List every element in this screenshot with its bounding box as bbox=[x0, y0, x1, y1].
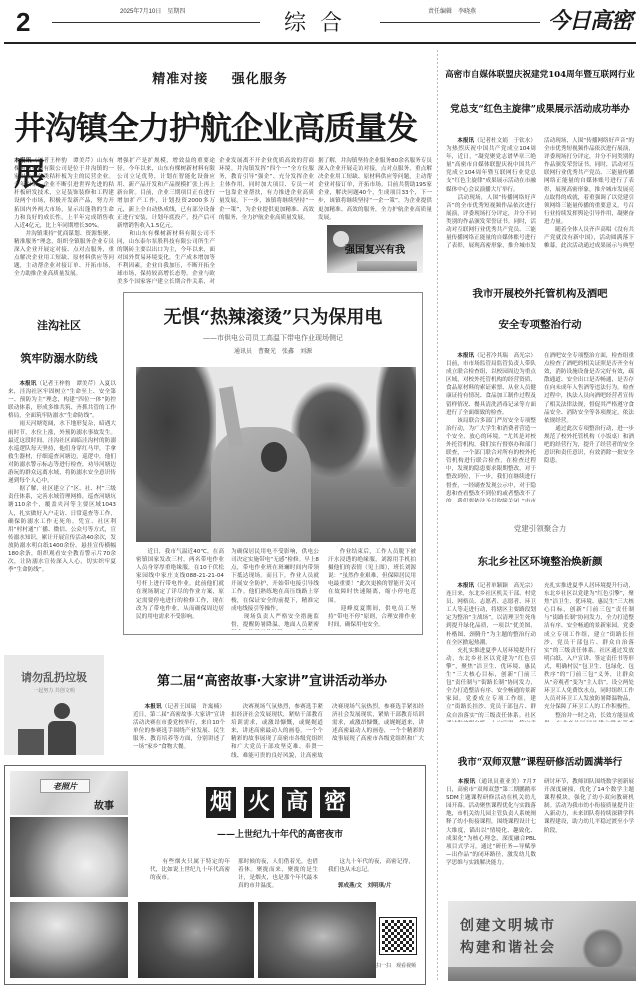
paragraph: 连日来，东北乡社区机关干部、村党员、网格员、志愿者、志愿者、环卫工人等走进行动，… bbox=[446, 591, 536, 646]
nightlife-subtitle: ——上世纪九十年代的高密夜市 bbox=[140, 827, 420, 840]
title-char: 烟 bbox=[206, 787, 236, 818]
person-body-icon bbox=[48, 721, 76, 755]
feature-col-1: 近日，我市气温近40℃，在高密镇国家发改三村，两名带电作业人员身穿厚重绝缘服，在… bbox=[136, 548, 224, 630]
vendor-cooking-photo bbox=[10, 817, 128, 897]
media-alliance-col-1: 本报讯（记者杜文娟 于钦水）为热烈庆祝中国共产党成立104周年，近日，“凝党聚党… bbox=[446, 137, 536, 250]
byline-prefix: 本报讯 bbox=[458, 779, 476, 785]
lead-article-col-1: 本报讯（记者王梓豹 谭美芹）山东有棵树新材料有限公司是位于井沟镇的一家以生产各类… bbox=[14, 157, 114, 287]
byline-prefix: 本报讯 bbox=[457, 138, 474, 144]
byline-prefix: 本报讯 bbox=[19, 381, 36, 387]
tree-left bbox=[136, 367, 216, 507]
paragraph: 有些烟火只属于特定的年代，比如说上世纪九十年代高密的夜市。 bbox=[150, 859, 230, 881]
column-divider bbox=[437, 50, 438, 980]
paragraph: 研讨环节，教师团队围绕数学创新展开深度碰撞，优化了14个数学主题课程模块，强化了… bbox=[544, 779, 634, 834]
paragraph: 那时候的夜，人们借着光，也借着休。聚拢而来，聚拢的是生计，是烟火，也是那个年代最… bbox=[238, 859, 318, 889]
night-market-crowd-photo bbox=[258, 902, 376, 978]
lead-article-col-2: 增强扩产是扩规模，增效益的重要途径。今年以来，山东有棵树新材料有限公司立足优势，… bbox=[117, 157, 215, 287]
photo-credits: 郭成燕/文 刘明琪/片 bbox=[338, 881, 392, 889]
building-silhouette bbox=[357, 261, 417, 271]
story-headline[interactable]: 第二届“高密故事·大家讲”宣讲活动举办 bbox=[112, 670, 432, 689]
teacher-training-col-1: 本报讯（通讯员董亚美）7月7日，高密市“双师双慧”第二期鹏鹅率SDM主题课程研修… bbox=[446, 778, 536, 883]
section-title: 综合 bbox=[284, 6, 356, 37]
fire-title: 烟 火 高 密 bbox=[203, 787, 353, 820]
paper-logo: 今日高密 bbox=[548, 4, 632, 35]
trash-bin-icon bbox=[18, 729, 44, 755]
paragraph: 在酒吧安全专项整治方面，检查组重点检查了酒吧的相关证照是否齐全有效，消防设施设备… bbox=[544, 353, 634, 424]
paragraph: 迎峰度夏期间，供电员工坚持“带电不停”原则，合理安排作业时间，确保用电安全。 bbox=[328, 606, 416, 628]
lead-article-col-4: 据了解，井沟镇坚持企业服务80余名服务专员深入企业开展走访对接，点对点服务，重点… bbox=[318, 157, 432, 223]
column-label: 老照片 bbox=[40, 779, 90, 793]
byline: （记者冷其瑞 高光宗） bbox=[474, 353, 536, 359]
teacher-training-col-2: 研讨环节，教师团队围绕数学创新展开深度碰撞，优化了14个数学主题课程模块，强化了… bbox=[544, 778, 634, 858]
lead-kicker: 精准对接 强化服务 bbox=[0, 68, 440, 87]
person-head-icon bbox=[54, 703, 70, 719]
safety-campaign-col-2: 在酒吧安全专项整治方面，检查组重点检查了酒吧的相关证照是否齐全有效，消防设施设备… bbox=[544, 352, 634, 472]
flood-article-title-line2[interactable]: 筑牢防溺水防线 bbox=[0, 350, 118, 366]
editor-credit: 责任编辑 李晓燕 bbox=[428, 6, 476, 15]
media-alliance-headline-line2[interactable]: 党总支“红色主旋律”成果展示活动成功举办 bbox=[440, 101, 640, 115]
paragraph: 据了解，井沟镇坚持企业服务80余名服务专员深入企业开展走访对接，点对点服务，重点… bbox=[318, 158, 432, 221]
paragraph: 现场负责人严格安全措施监督，提醒防暑降温，地面人员紧密配合，传递工具材料，20分… bbox=[231, 614, 319, 630]
tree-right bbox=[376, 367, 416, 487]
byline: （记者王国瑞 许寓楠） bbox=[162, 704, 225, 710]
byline: （记者杜文娟 于钦水） bbox=[474, 138, 536, 144]
byline: （记者王梓豹 谭美芹） bbox=[36, 381, 99, 387]
paragraph: 决赛现场气氛热烈，参赛选手紧扣经济社会发展现状，紧贴干部教育培训需求，或激昂慷慨… bbox=[231, 704, 323, 759]
ad-slogan: 强国复兴有我 bbox=[327, 241, 423, 256]
paragraph: 这九十年代的夜，高密记得，我们也从未忘记。 bbox=[328, 859, 414, 873]
masthead-rule-right bbox=[380, 22, 540, 23]
ad-line-1: 创建文明城市 bbox=[460, 915, 556, 935]
title-char: 火 bbox=[244, 787, 274, 818]
story-col-1: 本报讯（记者王国瑞 许寓楠）近日，第二届“高密故事·大家讲”宣讲活动决赛在市委党… bbox=[133, 703, 225, 759]
ad-subtitle: 一起努力 共创文明 bbox=[4, 687, 104, 694]
nightlife-col-1: 有些烟火只属于特定的年代，比如说上世纪九十年代高密的夜市。 bbox=[150, 858, 230, 890]
night-market-street-photo bbox=[138, 902, 254, 978]
ad-line-2: 构建和谐社会 bbox=[460, 937, 556, 957]
paragraph: 充扎实推进夏季人居环境提升行动，东北乡社区以党建为“红色引擎”，聚焦“洁卫生、优… bbox=[544, 583, 634, 710]
title-char: 密 bbox=[320, 787, 350, 818]
byline: （记者单颖颖 高光宗） bbox=[474, 583, 536, 589]
nightlife-col-2: 那时候的夜，人们借着光，也借着休。聚拢而来，聚拢的是生计，是烟火，也是那个年代最… bbox=[238, 858, 318, 890]
byline-prefix: 本报讯 bbox=[457, 583, 474, 589]
paragraph: 山东有棵树新材料有限公司是位于井沟镇的一家以生产各类秸秆板为主的民营企业。今年以… bbox=[14, 158, 114, 229]
page-number: 2 bbox=[16, 7, 30, 38]
paragraph: 作业结束后，工作人员脱下被汗水浸透的绝缘服，刘源用手机拍摄他们的表情（见上图），… bbox=[328, 549, 416, 604]
masthead-rule-left bbox=[52, 22, 260, 23]
feature-col-3: 作业结束后，工作人员脱下被汗水浸透的绝缘服，刘源用手机拍摄他们的表情（见上图），… bbox=[328, 548, 416, 630]
paragraph: 通过此次专项整治行动，进一步规范了校外托管机构（小饭桌）和酒吧的经营行为，提升了… bbox=[544, 426, 634, 464]
night-market-umbrellas-photo bbox=[10, 902, 128, 978]
title-char: 高 bbox=[282, 787, 312, 818]
civilized-city-ad-banner: 创建文明城市 构建和谐社会 bbox=[448, 901, 636, 981]
community-col-1: 本报讯（记者单颖颖 高光宗）连日来，东北乡社区机关干部、村党员、网格员、志愿者、… bbox=[446, 582, 536, 722]
paragraph: 和山东有棵树新材料有限公司不同，山东泰尔泵股科技有限公司所生产的钢砖主要以出口为… bbox=[117, 231, 215, 287]
nightlife-col-3: 这九十年代的夜，高密记得，我们也从未忘记。 bbox=[328, 858, 414, 874]
flood-article-title-line1[interactable]: 洼沟社区 bbox=[0, 317, 118, 333]
paragraph: 充扎实推进夏季人居环境提升行动，东北乡社区以党建为“红色引擎”，聚焦“洁卫生、优… bbox=[446, 648, 536, 722]
tree-icon bbox=[582, 929, 624, 969]
story-col-3: 决赛现场气氛热烈，参赛选手紧扣经济社会发展现状，紧贴干部教育培训需求，或激昂慷慨… bbox=[332, 703, 424, 743]
feature-headline[interactable]: 无惧“热辣滚烫”只为保用电 bbox=[123, 303, 423, 329]
column-suffix: 故事 bbox=[94, 797, 114, 812]
safety-campaign-headline-line1[interactable]: 我市开展校外托管机构及酒吧 bbox=[440, 285, 640, 300]
lineman-drinking-photo bbox=[136, 367, 416, 542]
feature-byline: 通讯员 曹聚光 张鑫 刘源 bbox=[123, 346, 423, 355]
qr-caption: 扫一扫 观看视频 bbox=[376, 962, 416, 969]
old-photo-column-banner: 老照片 故事 bbox=[10, 771, 128, 815]
paragraph: 据了解，社区建立了“区、社、村”三级责任体系，完善水域管理网格，巡查河塘坑塘11… bbox=[8, 486, 116, 573]
community-col-2: 充扎实推进夏季人居环境提升行动，东北乡社区以党建为“红色引擎”，聚焦“洁卫生、优… bbox=[544, 582, 634, 722]
worker-head bbox=[261, 442, 287, 472]
byline-prefix: 本报讯 bbox=[457, 353, 474, 359]
masthead-rule bbox=[4, 42, 636, 44]
paragraph: 为热烈庆祝中国共产党成立104周年，近日，“凝党聚党志谱华章三绝量”高密市自媒体… bbox=[446, 146, 536, 192]
paragraph: 活动现场，人围“传播网络好声音”的全市优秀短视频作品依次进行展演，评委现场打分评… bbox=[544, 138, 634, 225]
worker-figure bbox=[211, 427, 311, 542]
ad-slogan: 请勿乱扔垃圾 bbox=[4, 669, 104, 685]
paragraph: 该局联合多部门严厉安全专项整治行动，为广大学生和消费者营造一个安全、放心的环境。… bbox=[446, 418, 536, 502]
feature-subtitle: ——市供电公司员工高温下带电作业现场侧记 bbox=[123, 333, 423, 343]
issue-date: 2025年7月10日 星期四 bbox=[120, 6, 185, 15]
paragraph: 井沟镇秉持“优商谋划、资源集聚、精准服务”理念，组织全镇服务企业专员深入企业开展… bbox=[14, 231, 114, 277]
paragraph: 目前，市市场监管局监管负责人带队成立联合检查组，以校园周边为重点区域，对校外托管… bbox=[446, 361, 536, 416]
byline: （通讯员董亚美） bbox=[475, 779, 522, 785]
safety-campaign-headline-line2[interactable]: 安全专项整治行动 bbox=[440, 316, 640, 331]
byline: （记者王梓豹 谭美芹） bbox=[32, 158, 97, 164]
media-alliance-headline-line1[interactable]: 高密市自媒体联盟庆祝建党104周年暨互联网行业 bbox=[440, 68, 640, 80]
patriotic-ad-image: 强国复兴有我 bbox=[327, 225, 423, 273]
story-col-2: 决赛现场气氛热烈，参赛选手紧扣经济社会发展现状，紧贴干部教育培训需求，或激昂慷慨… bbox=[231, 703, 323, 759]
paragraph: 雨天河塘宽阔，水下地形复杂，暗遇大雨时节，水位上涨，外预防溺水事故发生。最近这段… bbox=[8, 421, 116, 484]
feature-col-2: 为确保居民用电不受影响，供电公司决定实施带电“无感”检修。早上8点，带电作业班在… bbox=[231, 548, 319, 630]
paragraph: 近日，第二届“高密故事·大家讲”宣讲活动决赛在市委党校举行，来自10个单位的参赛… bbox=[133, 712, 225, 750]
paragraph: 活动现场，人围“传播网络好声音”的全市优秀短视频作品依次进行展演，评委现场打分评… bbox=[446, 195, 536, 250]
community-kicker: 党建引领聚合力 bbox=[440, 523, 640, 534]
media-alliance-col-2: 活动现场，人围“传播网络好声音”的全市优秀短视频作品依次进行展演，评委现场打分评… bbox=[544, 137, 634, 250]
safety-campaign-col-1: 本报讯（记者冷其瑞 高光宗）目前，市市场监管局监管负责人带队成立联合检查组，以校… bbox=[446, 352, 536, 502]
paragraph: 企业发展离不开企业优质高效的营商环境。井沟镇发挥“四个一”全方位服务，教育引导“… bbox=[219, 158, 314, 221]
qr-code-icon[interactable] bbox=[380, 918, 416, 954]
paragraph: 7月7日，高密市“双师双慧”第二期鹏鹅率SDM主题课程研修活动在机关幼儿园开幕。… bbox=[446, 779, 536, 866]
no-littering-ad: 请勿乱扔垃圾 一起努力 共创文明 bbox=[4, 655, 104, 755]
byline-prefix: 本报讯 bbox=[14, 158, 32, 164]
paragraph: 近日，我市气温近40℃，在高密镇国家发改三村，两名带电作业人员身穿厚重绝缘服，在… bbox=[136, 549, 224, 620]
paragraph: 整治并一时之功，长效方能显成果。东北乡社区同步建立常态巡查和“回头看”机制，将路… bbox=[544, 713, 634, 723]
paragraph: 为确保居民用电不受影响，供电公司决定实施带电“无感”检修。早上8点，带电作业班在… bbox=[231, 549, 319, 612]
flood-article-body: 本报讯（记者王梓豹 谭美芹）入夏以来，洼沟社区牢固树立“生命至上、安全第一、预防… bbox=[8, 380, 116, 648]
paragraph: 随着全体人员齐声高唱《没有共产党就没有新中国》，活动圆满落下帷幕。此次活动通过成… bbox=[544, 227, 634, 250]
community-headline[interactable]: 东北乡社区环境整治焕新颜 bbox=[440, 553, 640, 568]
teacher-training-headline[interactable]: 我市“双师双慧”课程研修活动圆满举行 bbox=[440, 754, 640, 768]
byline-prefix: 本报讯 bbox=[145, 704, 162, 710]
paragraph: 决赛现场气氛热烈，参赛选手紧扣经济社会发展现状，紧贴干部教育培训需求，或激昂慷慨… bbox=[332, 704, 424, 743]
lead-article-col-3: 企业发展离不开企业优质高效的营商环境。井沟镇发挥“四个一”全方位服务，教育引导“… bbox=[219, 157, 314, 287]
masthead: 2 2025年7月10日 星期四 综合 责任编辑 李晓燕 今日高密 bbox=[0, 0, 640, 44]
paragraph: 增强扩产是扩规模，增效益的重要途径。今年以来，山东有棵树新材料有限公司立足优势，… bbox=[117, 158, 215, 229]
skyline-silhouette bbox=[448, 967, 636, 981]
